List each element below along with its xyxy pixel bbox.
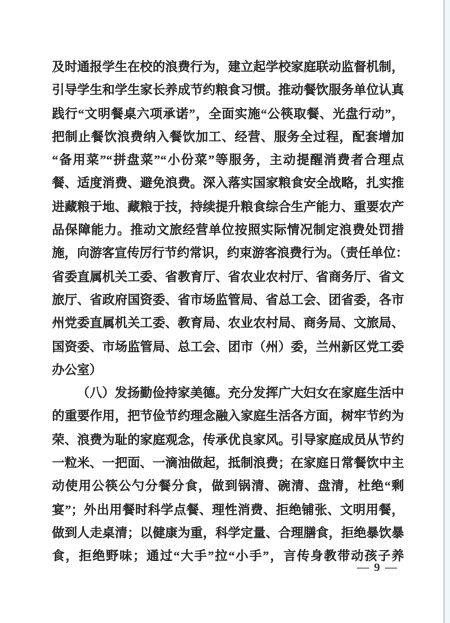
text-line: 引导学生和学生家长养成节约粮食习惯。推动餐饮服务单位认真 [52, 79, 404, 102]
text-line: 办公室） [52, 359, 404, 382]
text-line: 宴”；外出用餐时科学点餐、理性消费、拒绝铺张、文明用餐， [52, 499, 404, 522]
text-line-paragraph-start: （八）发扬勤俭持家美德。充分发挥广大妇女在家庭生活中 [52, 382, 404, 405]
text-line: 食，拒绝野味；通过“大手”拉“小手”，言传身教带动孩子养 [52, 545, 404, 568]
text-line: 施，向游客宣传厉行节约常识，约束游客浪费行为。（责任单位： [52, 242, 404, 265]
text-line: 及时通报学生在校的浪费行为，建立起学校家庭联动监督机制， [52, 56, 404, 79]
scanned-document-page: 及时通报学生在校的浪费行为，建立起学校家庭联动监督机制， 引导学生和学生家长养成… [0, 0, 450, 623]
text-line: 国资委、市场监管局、总工会、团市（州）委，兰州新区党工委 [52, 336, 404, 359]
text-line: 一粒米、一把面、一滴油做起，抵制浪费；在家庭日常餐饮中主 [52, 452, 404, 475]
text-line: 动使用公筷公勺分餐分食，做到锅清、碗清、盘清，杜绝“剩 [52, 475, 404, 498]
text-line: 州党委直属机关工委、教育局、农业农村局、商务局、文旅局、 [52, 312, 404, 335]
text-line: 践行“文明餐桌六项承诺”，全面实施“公筷取餐、光盘行动”， [52, 103, 404, 126]
text-line: 省委直属机关工委、省教育厅、省农业农村厅、省商务厅、省文 [52, 266, 404, 289]
text-line: “备用菜”“拼盘菜”“小份菜”等服务，主动提醒消费者合理点 [52, 149, 404, 172]
text-line: 荣、浪费为耻的家庭观念，传承优良家风。引导家庭成员从节约 [52, 429, 404, 452]
document-text-block: 及时通报学生在校的浪费行为，建立起学校家庭联动监督机制， 引导学生和学生家长养成… [52, 56, 404, 569]
text-line: 进藏粮于地、藏粮于技，持续提升粮食综合生产能力、重要农产 [52, 196, 404, 219]
page-number: — 9 — [357, 560, 398, 575]
text-line: 餐、适度消费、避免浪费。深入落实国家粮食安全战略，扎实推 [52, 172, 404, 195]
text-line: 旅厅、省政府国资委、省市场监管局、省总工会、团省委，各市 [52, 289, 404, 312]
page-right-edge-divider [443, 0, 450, 623]
text-line: 把制止餐饮浪费纳入餐饮加工、经营、服务全过程，配套增加 [52, 126, 404, 149]
text-line: 的重要作用，把节俭节约理念融入家庭生活各方面，树牢节约为 [52, 405, 404, 428]
text-line: 做到人走桌清；以健康为重，科学定量、合理膳食，拒绝暴饮暴 [52, 522, 404, 545]
text-line: 品保障能力。推动文旅经营单位按照实际情况制定浪费处罚措 [52, 219, 404, 242]
